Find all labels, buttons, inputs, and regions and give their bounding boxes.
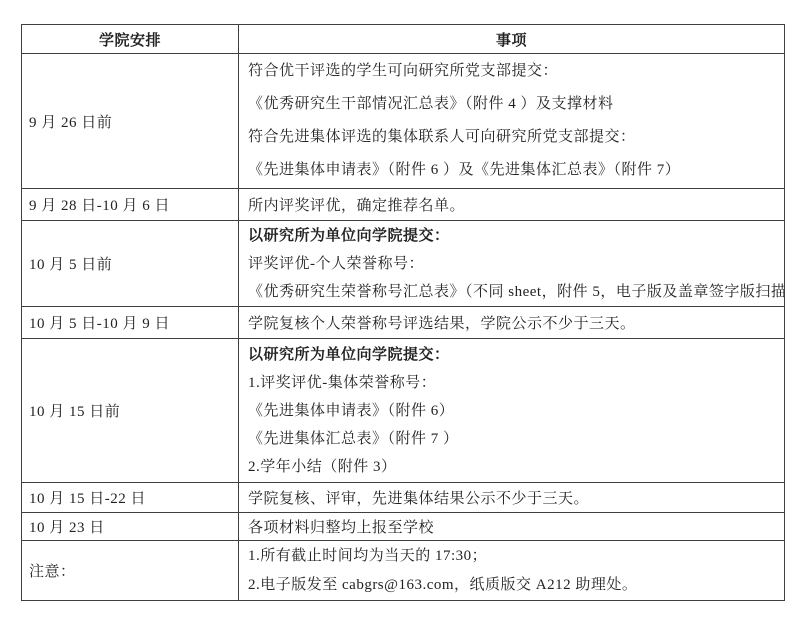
table-row: 10 月 5 日-10 月 9 日 学院复核个人荣誉称号评选结果，学院公示不少于… [22,307,785,339]
table-row: 9 月 26 日前 符合优干评选的学生可向研究所党支部提交： 《优秀研究生干部情… [22,54,785,189]
matters-cell: 学院复核个人荣誉称号评选结果，学院公示不少于三天。 [239,307,785,339]
matter-line: 1.所有截止时间均为当天的 17:30； [248,542,778,571]
schedule-table: 学院安排 事项 9 月 26 日前 符合优干评选的学生可向研究所党支部提交： 《… [21,24,785,601]
time-cell: 10 月 15 日-22 日 [22,483,239,513]
table-row: 10 月 5 日前 以研究所为单位向学院提交： 评奖评优-个人荣誉称号： 《优秀… [22,221,785,307]
matter-line: 《优秀研究生干部情况汇总表》（附件 4 ）及支撑材料 [248,88,778,121]
matter-line: 2.电子版发至 cabgrs@163.com，纸质版交 A212 助理处。 [248,571,778,600]
table-row: 注意： 1.所有截止时间均为当天的 17:30； 2.电子版发至 cabgrs@… [22,541,785,601]
matter-line: 符合优干评选的学生可向研究所党支部提交： [248,55,778,88]
matter-line: 《先进集体申请表》（附件 6 ）及《先进集体汇总表》（附件 7） [248,154,778,187]
matters-cell: 学院复核、评审，先进集体结果公示不少于三天。 [239,483,785,513]
matters-cell: 所内评奖评优，确定推荐名单。 [239,189,785,221]
matter-line: 2.学年小结（附件 3） [248,453,778,481]
matter-line: 学院复核、评审，先进集体结果公示不少于三天。 [248,487,778,508]
matters-cell: 各项材料归整均上报至学校 [239,513,785,541]
matter-line: 《先进集体申请表》（附件 6） [248,397,778,425]
table-row: 10 月 15 日前 以研究所为单位向学院提交： 1.评奖评优-集体荣誉称号： … [22,339,785,483]
matter-line: 《先进集体汇总表》（附件 7 ） [248,425,778,453]
matter-line: 以研究所为单位向学院提交： [248,222,778,250]
header-cell-matters: 事项 [239,25,785,54]
time-cell: 10 月 5 日前 [22,221,239,307]
table-row: 10 月 23 日 各项材料归整均上报至学校 [22,513,785,541]
time-cell: 10 月 23 日 [22,513,239,541]
table-header-row: 学院安排 事项 [22,25,785,54]
time-cell: 注意： [22,541,239,601]
matter-line: 1.评奖评优-集体荣誉称号： [248,369,778,397]
time-cell: 10 月 5 日-10 月 9 日 [22,307,239,339]
matters-cell: 以研究所为单位向学院提交： 1.评奖评优-集体荣誉称号： 《先进集体申请表》（附… [239,339,785,483]
header-cell-schedule: 学院安排 [22,25,239,54]
matter-line: 《优秀研究生荣誉称号汇总表》（不同 sheet，附件 5，电子版及盖章签字版扫描… [248,278,778,306]
matter-line: 学院复核个人荣誉称号评选结果，学院公示不少于三天。 [248,312,778,333]
matter-line: 以研究所为单位向学院提交： [248,341,778,369]
table-row: 10 月 15 日-22 日 学院复核、评审，先进集体结果公示不少于三天。 [22,483,785,513]
time-cell: 9 月 28 日-10 月 6 日 [22,189,239,221]
matter-line: 评奖评优-个人荣誉称号： [248,250,778,278]
table-row: 9 月 28 日-10 月 6 日 所内评奖评优，确定推荐名单。 [22,189,785,221]
matters-cell: 1.所有截止时间均为当天的 17:30； 2.电子版发至 cabgrs@163.… [239,541,785,601]
matter-line: 所内评奖评优，确定推荐名单。 [248,194,778,215]
matters-cell: 符合优干评选的学生可向研究所党支部提交： 《优秀研究生干部情况汇总表》（附件 4… [239,54,785,189]
matter-line: 符合先进集体评选的集体联系人可向研究所党支部提交： [248,121,778,154]
time-cell: 9 月 26 日前 [22,54,239,189]
matter-line: 各项材料归整均上报至学校 [248,516,778,537]
matters-cell: 以研究所为单位向学院提交： 评奖评优-个人荣誉称号： 《优秀研究生荣誉称号汇总表… [239,221,785,307]
time-cell: 10 月 15 日前 [22,339,239,483]
